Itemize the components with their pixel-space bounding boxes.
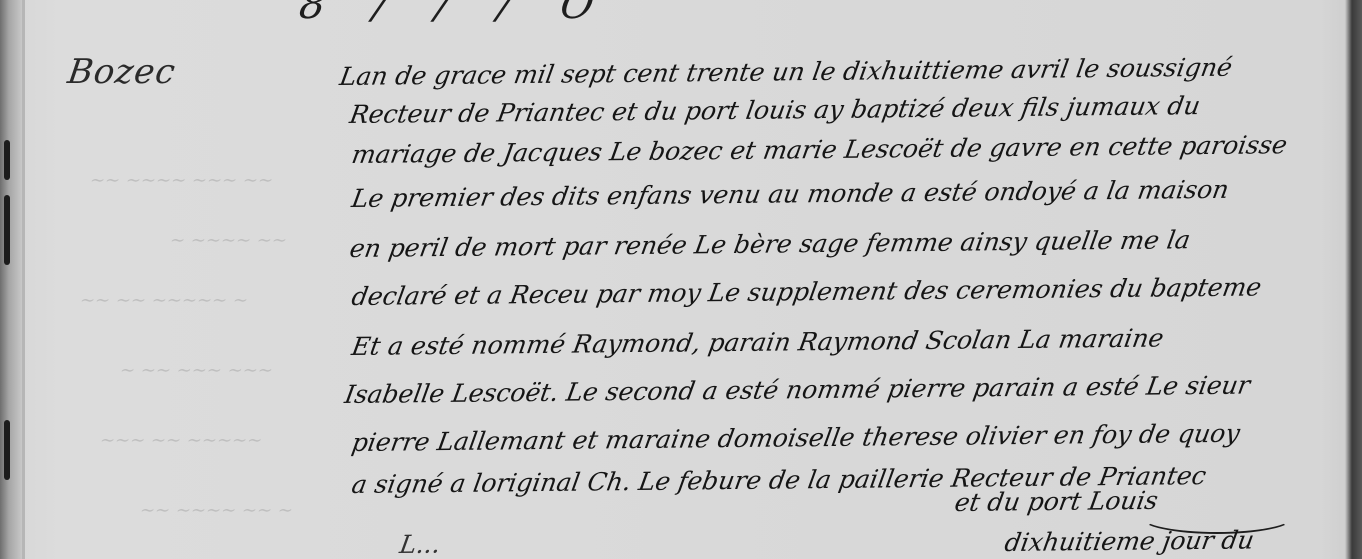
entry-line-3: mariage de Jacques Le bozec et marie Les… (350, 130, 1290, 169)
page-binding (0, 0, 22, 559)
margin-rule (22, 0, 25, 559)
next-entry-start: L... (398, 530, 443, 559)
bleed-through-text: ~~~ ~~ ~~~~~ (98, 430, 265, 451)
entry-line-4: Le premier des dits enfans venu au monde… (350, 175, 1231, 213)
entry-line-5: en peril de mort par renée Le bère sage … (348, 225, 1193, 263)
bleed-through-text: ~ ~~ ~~~ ~~~ (118, 360, 275, 381)
bleed-through-text: ~~ ~~~~ ~~~ ~~ (88, 170, 276, 191)
register-page: ~~ ~~~~ ~~~ ~~ ~ ~~~~ ~~ ~~ ~~ ~~~~~ ~ ~… (0, 0, 1362, 559)
entry-line-9: pierre Lallemant et maraine domoiselle t… (350, 419, 1242, 457)
binding-ink-mark (4, 140, 10, 180)
entry-line-2: Recteur de Priantec et du port louis ay … (348, 91, 1203, 129)
entry-line-11: et du port Louis (953, 486, 1161, 517)
entry-line-6: declaré et a Receu par moy Le supplement… (350, 272, 1264, 311)
next-entry-fragment: dixhuitieme jour du (1003, 525, 1257, 557)
binding-ink-mark (4, 195, 10, 265)
entry-line-7: Et a esté nommé Raymond, parain Raymond … (350, 324, 1166, 361)
binding-ink-mark (4, 420, 10, 480)
bleed-through-text: ~~ ~~ ~~~~~ ~ (78, 290, 250, 311)
entry-line-8: Isabelle Lescoët. Le second a esté nommé… (343, 371, 1253, 409)
previous-entry-fragment: 8 / / / O (296, 0, 616, 28)
bleed-through-text: ~~ ~~~~ ~~ ~ (138, 500, 295, 521)
bleed-through-text: ~ ~~~~ ~~ (168, 230, 289, 251)
entry-line-1: Lan de grace mil sept cent trente un le … (338, 53, 1235, 91)
margin-surname: Bozec (65, 52, 178, 92)
